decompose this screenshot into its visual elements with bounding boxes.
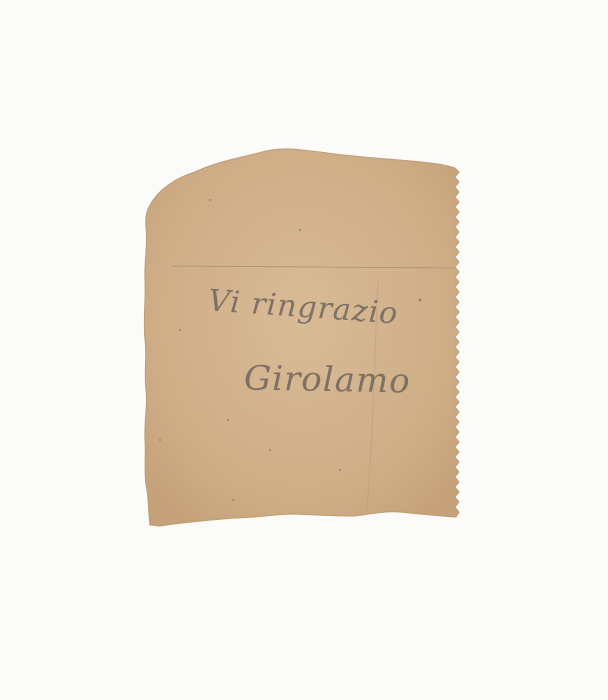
scan-canvas	[0, 0, 608, 700]
paper-scrap	[144, 149, 459, 526]
handwritten-signature: Girolamo	[244, 359, 411, 402]
